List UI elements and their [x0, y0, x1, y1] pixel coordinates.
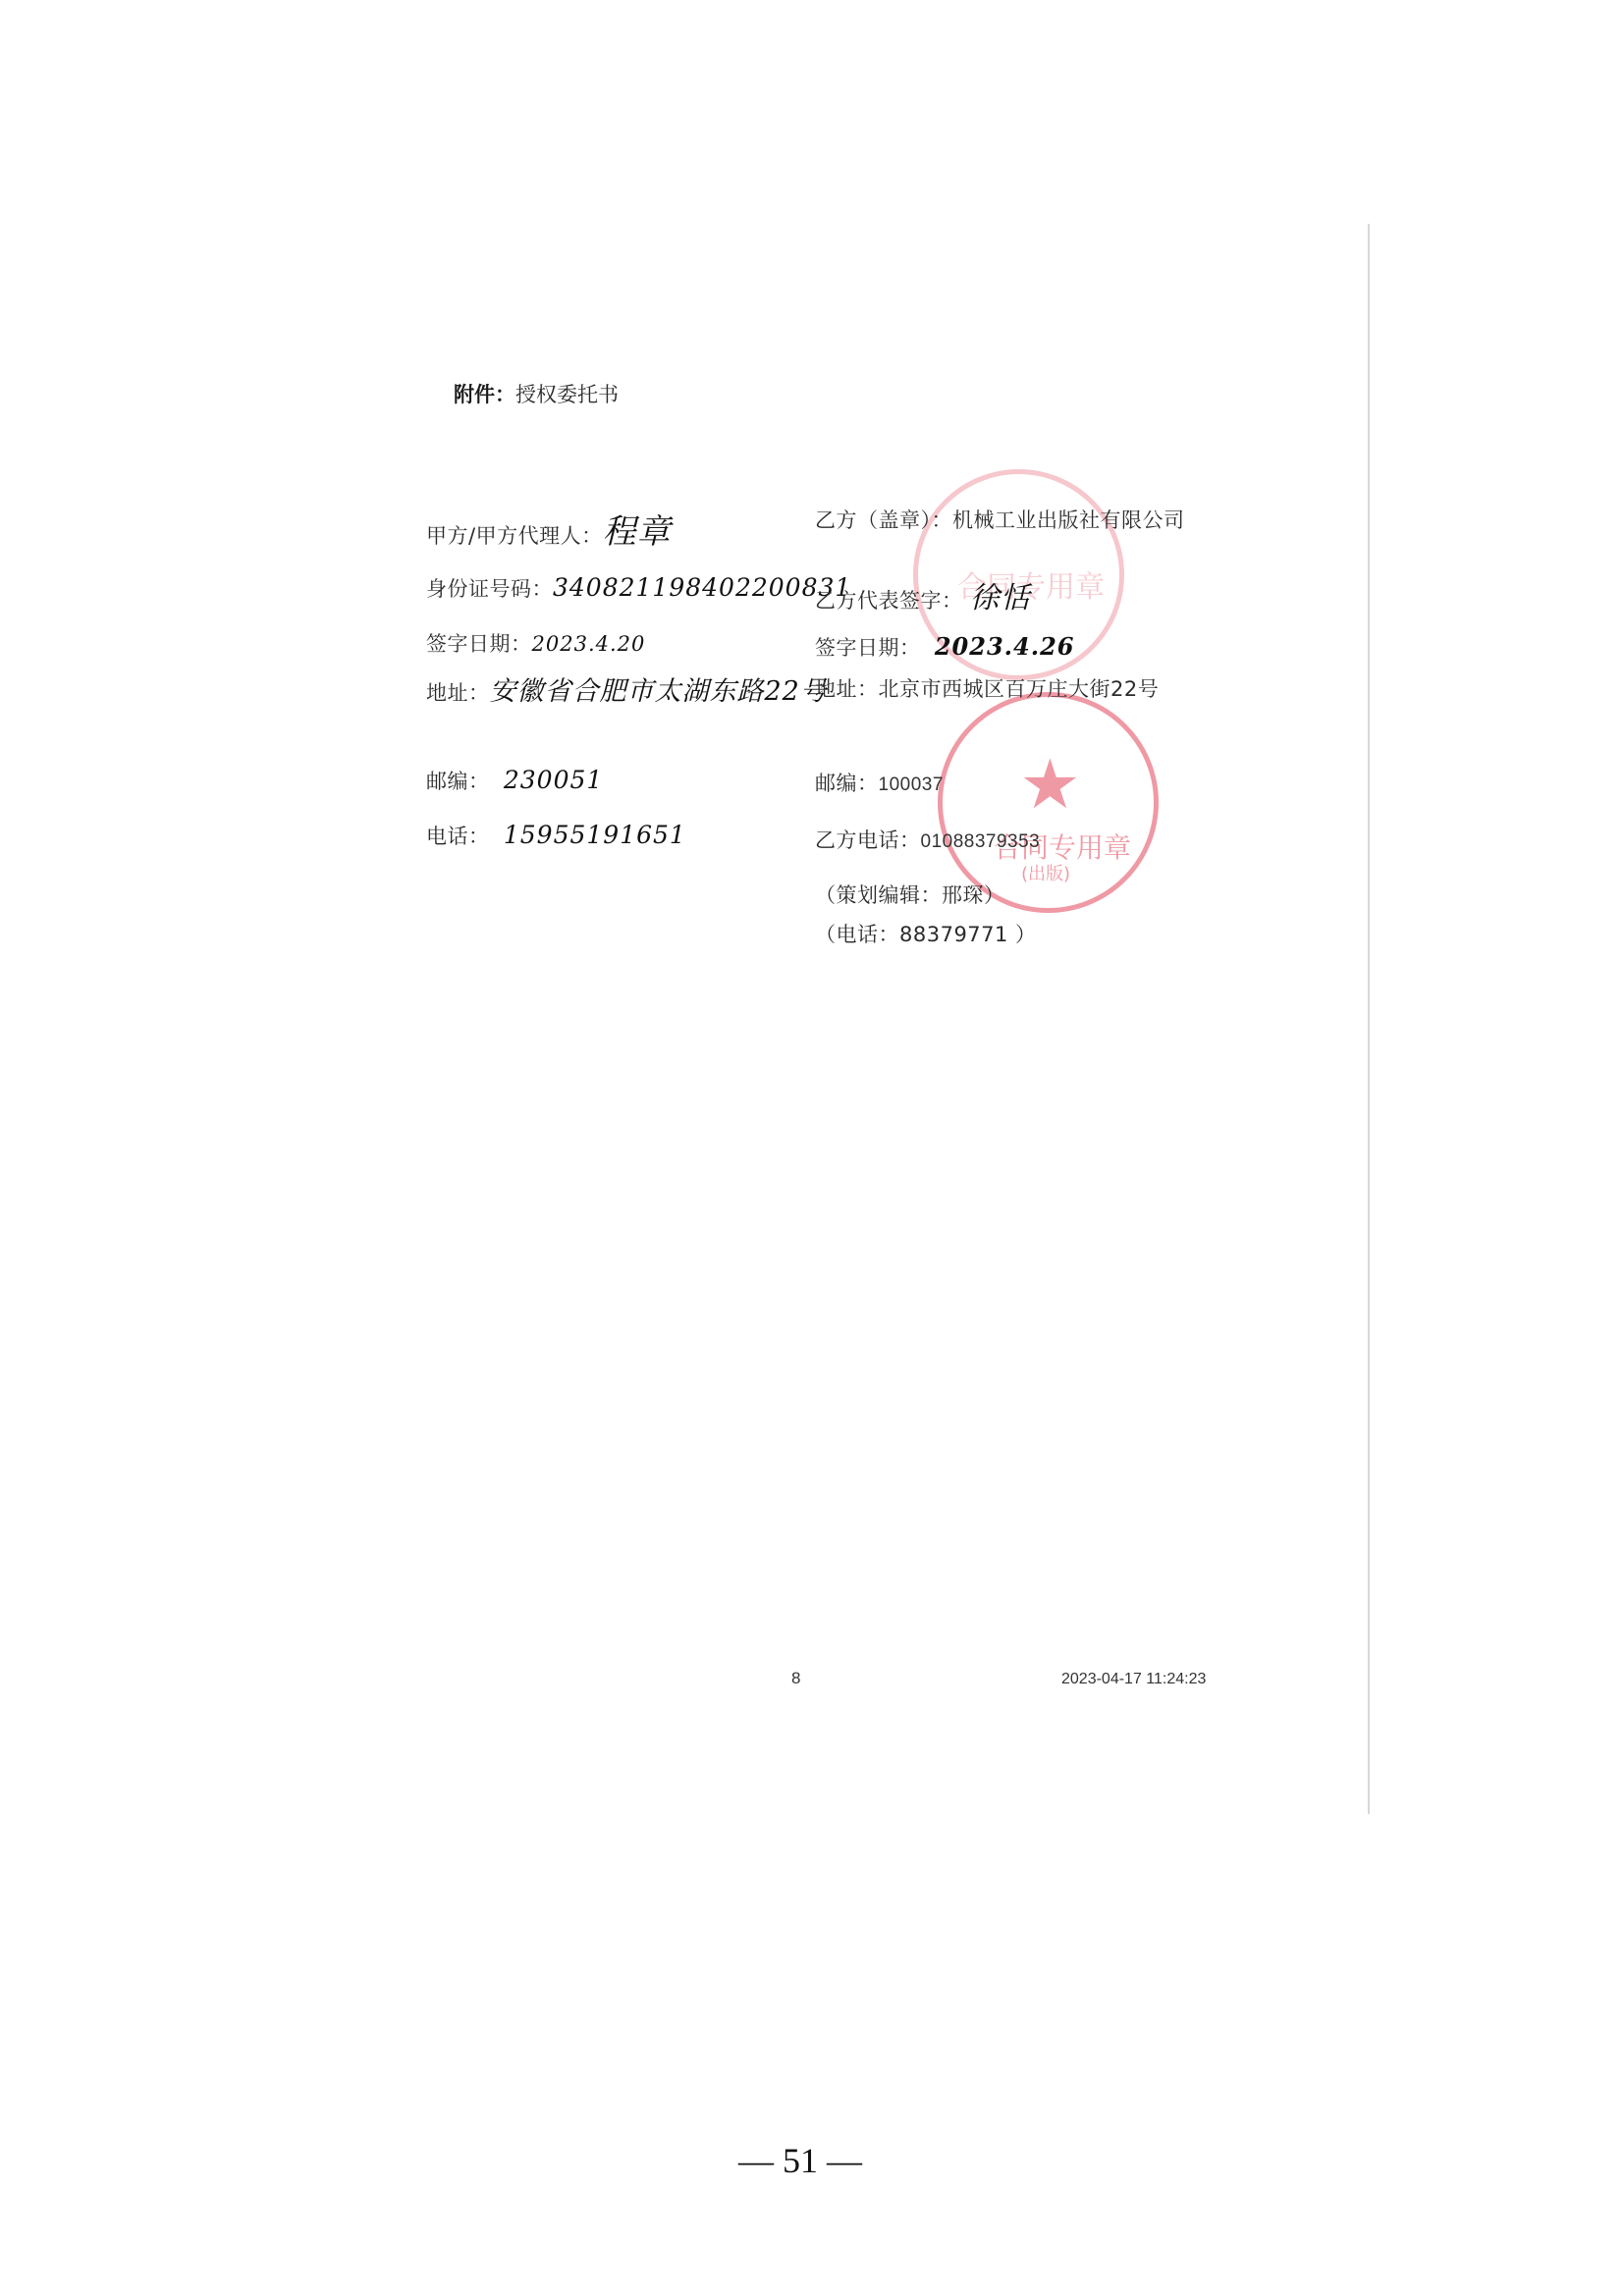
party-b-editor-phone-line: （电话：88379771 ） [815, 919, 1037, 948]
scan-timestamp: 2023-04-17 11:24:23 [1061, 1671, 1206, 1688]
party-b-company: 机械工业出版社有限公司 [952, 508, 1185, 532]
party-b-postcode-value: 100037 [879, 774, 944, 795]
party-a-phone-label: 电话： [426, 825, 490, 848]
party-b-phone-label: 乙方电话： [815, 828, 921, 852]
party-b-rep-label: 乙方代表签字： [815, 589, 963, 613]
page-number: — 51 — [738, 2140, 862, 2181]
party-b-address-row: 地址：北京市西城区百万庄大街22号 [815, 673, 1159, 703]
seal-star-icon: ★ [1019, 744, 1081, 825]
heading-prefix: 附件： [454, 383, 515, 406]
party-b-phone-row: 乙方电话：01088379353 [815, 825, 1040, 854]
party-b-address-value: 北京市西城区百万庄大街22号 [879, 677, 1160, 701]
party-b-phone-value: 01088379353 [921, 831, 1041, 852]
party-a-address-label: 地址： [426, 681, 490, 705]
party-a-postcode-value: 230051 [504, 766, 603, 794]
party-a-id-value: 340821198402200831 [553, 573, 851, 602]
party-a-postcode-row: 邮编： 230051 [426, 766, 603, 795]
attachment-heading: 附件：授权委托书 [454, 379, 619, 408]
party-b-seal-row: 乙方（盖章）：机械工业出版社有限公司 [815, 505, 1185, 534]
party-b-postcode-row: 邮编：100037 [815, 768, 944, 797]
heading-title: 授权委托书 [515, 383, 619, 406]
party-a-agent-label: 甲方/甲方代理人： [426, 524, 603, 548]
party-a-postcode-label: 邮编： [426, 770, 490, 793]
party-a-id-label: 身份证号码： [426, 577, 553, 601]
party-b-postcode-label: 邮编： [815, 772, 879, 795]
party-a-agent-signature: 程章 [603, 512, 672, 552]
party-b-rep-signature: 徐恬 [970, 581, 1031, 615]
party-b-date-value: 2023.4.26 [935, 632, 1075, 661]
party-a-address-value: 安徽省合肥市太湖东路22号 [490, 676, 828, 707]
party-a-id-row: 身份证号码：340821198402200831 [426, 573, 851, 603]
party-b-date-row: 签字日期： 2023.4.26 [815, 632, 1074, 662]
scan-edge-line [1368, 224, 1370, 1814]
party-a-date-row: 签字日期：2023.4.20 [426, 628, 645, 658]
party-a-phone-value: 15955191651 [504, 821, 686, 849]
party-a-date-value: 2023.4.20 [532, 632, 646, 656]
party-a-phone-row: 电话： 15955191651 [426, 821, 686, 850]
inner-page-number: 8 [791, 1669, 800, 1688]
party-b-rep-row: 乙方代表签字： 徐恬 [815, 573, 1031, 616]
party-b-seal-label: 乙方（盖章）： [815, 508, 952, 532]
party-a-address-row: 地址：安徽省合肥市太湖东路22号 [426, 669, 828, 708]
party-a-agent-row: 甲方/甲方代理人：程章 [426, 505, 672, 553]
party-b-editor-line: （策划编辑：邢琛） [815, 880, 1005, 909]
party-b-address-label: 地址： [815, 677, 879, 701]
seal-bottom-subtext2: (出版) [1021, 860, 1070, 885]
party-b-date-label: 签字日期： [815, 636, 921, 660]
party-a-date-label: 签字日期： [426, 632, 532, 656]
